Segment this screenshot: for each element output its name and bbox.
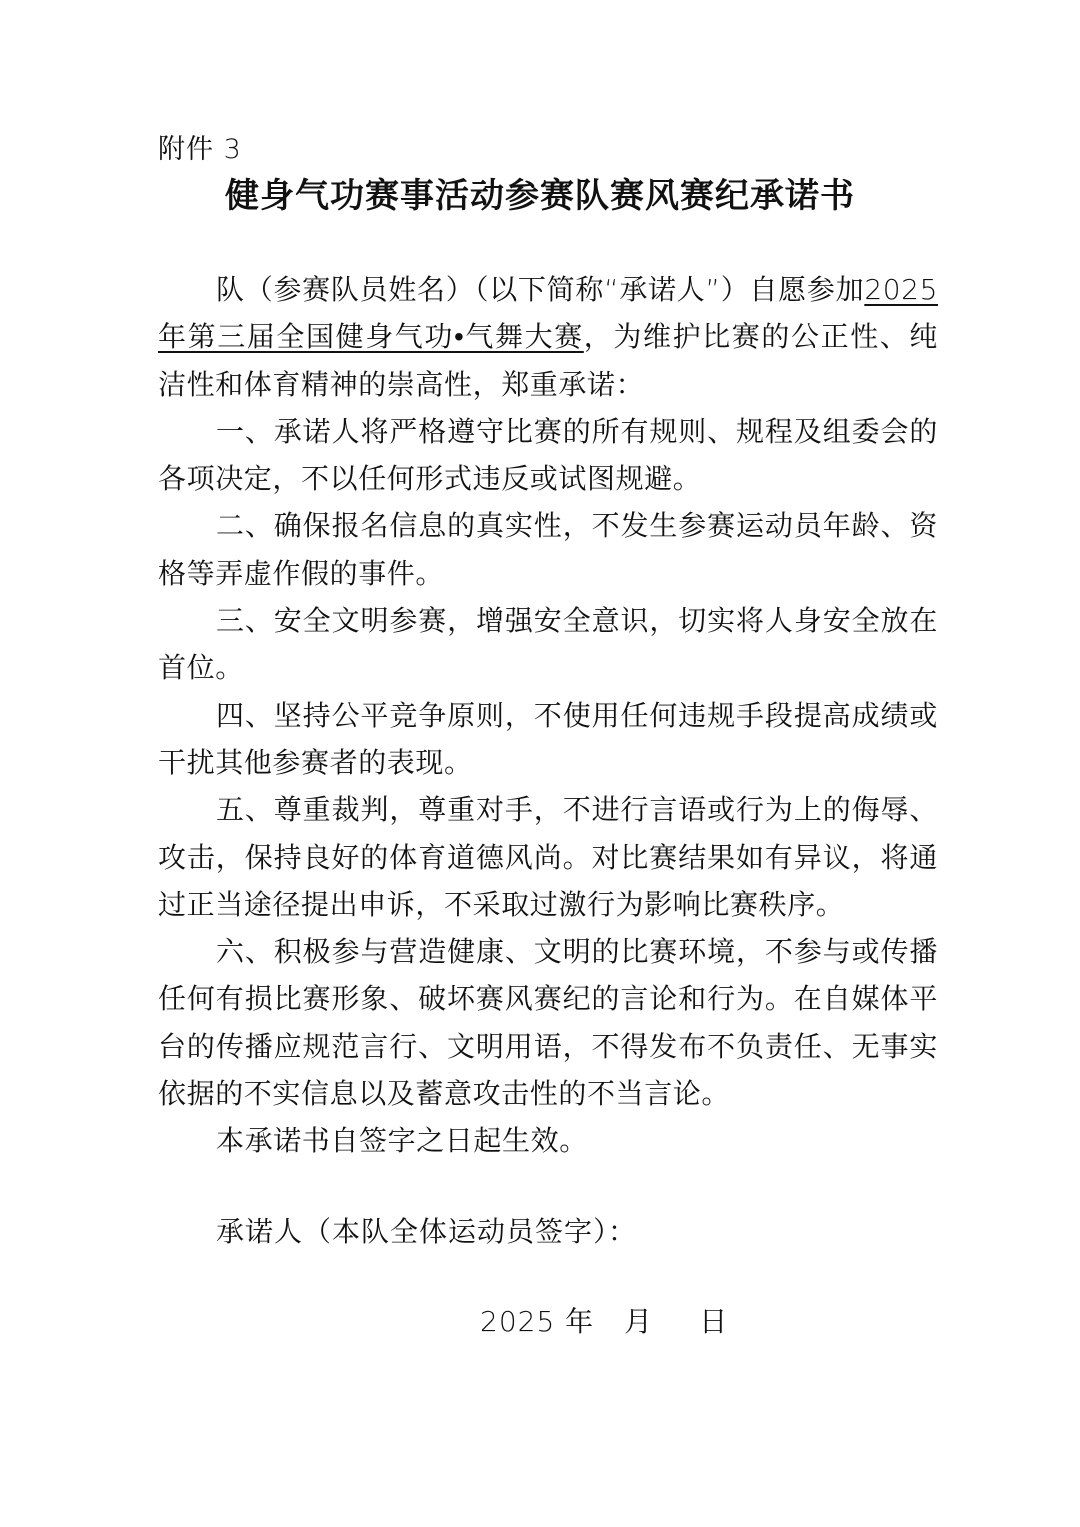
clause-3: 三、安全文明参赛，增强安全意识，切实将人身安全放在首位。 [158, 597, 938, 692]
clause-4: 四、坚持公平竞争原则，不使用任何违规手段提高成绩或干扰其他参赛者的表现。 [158, 692, 938, 787]
intro-prefix: 队（参赛队员姓名）（以下简称“承诺人”）自愿参加 [216, 273, 864, 306]
clause-6: 六、积极参与营造健康、文明的比赛环境，不参与或传播任何有损比赛形象、破坏赛风赛纪… [158, 928, 938, 1117]
date-day: 日 [699, 1305, 728, 1338]
effective-statement: 本承诺书自签字之日起生效。 [158, 1117, 938, 1164]
clause-2: 二、确保报名信息的真实性，不发生参赛运动员年龄、资格等弄虚作假的事件。 [158, 502, 938, 597]
date-month: 月 [624, 1305, 653, 1338]
document-body: 队（参赛队员姓名）（以下简称“承诺人”）自愿参加2025 年第三届全国健身气功•… [158, 266, 938, 1165]
date-year: 2025 年 [480, 1305, 594, 1338]
date-line: 2025 年月日 [480, 1302, 728, 1342]
document-title: 健身气功赛事活动参赛队赛风赛纪承诺书 [0, 172, 1080, 220]
attachment-label: 附件 3 [158, 130, 242, 170]
clause-1: 一、承诺人将严格遵守比赛的所有规则、规程及组委会的各项决定，不以任何形式违反或试… [158, 408, 938, 503]
document-page: 附件 3 健身气功赛事活动参赛队赛风赛纪承诺书 队（参赛队员姓名）（以下简称“承… [0, 0, 1080, 1527]
intro-paragraph: 队（参赛队员姓名）（以下简称“承诺人”）自愿参加2025 年第三届全国健身气功•… [158, 266, 938, 408]
clause-5: 五、尊重裁判，尊重对手，不进行言语或行为上的侮辱、攻击，保持良好的体育道德风尚。… [158, 786, 938, 928]
signature-label: 承诺人（本队全体运动员签字）： [216, 1212, 637, 1252]
